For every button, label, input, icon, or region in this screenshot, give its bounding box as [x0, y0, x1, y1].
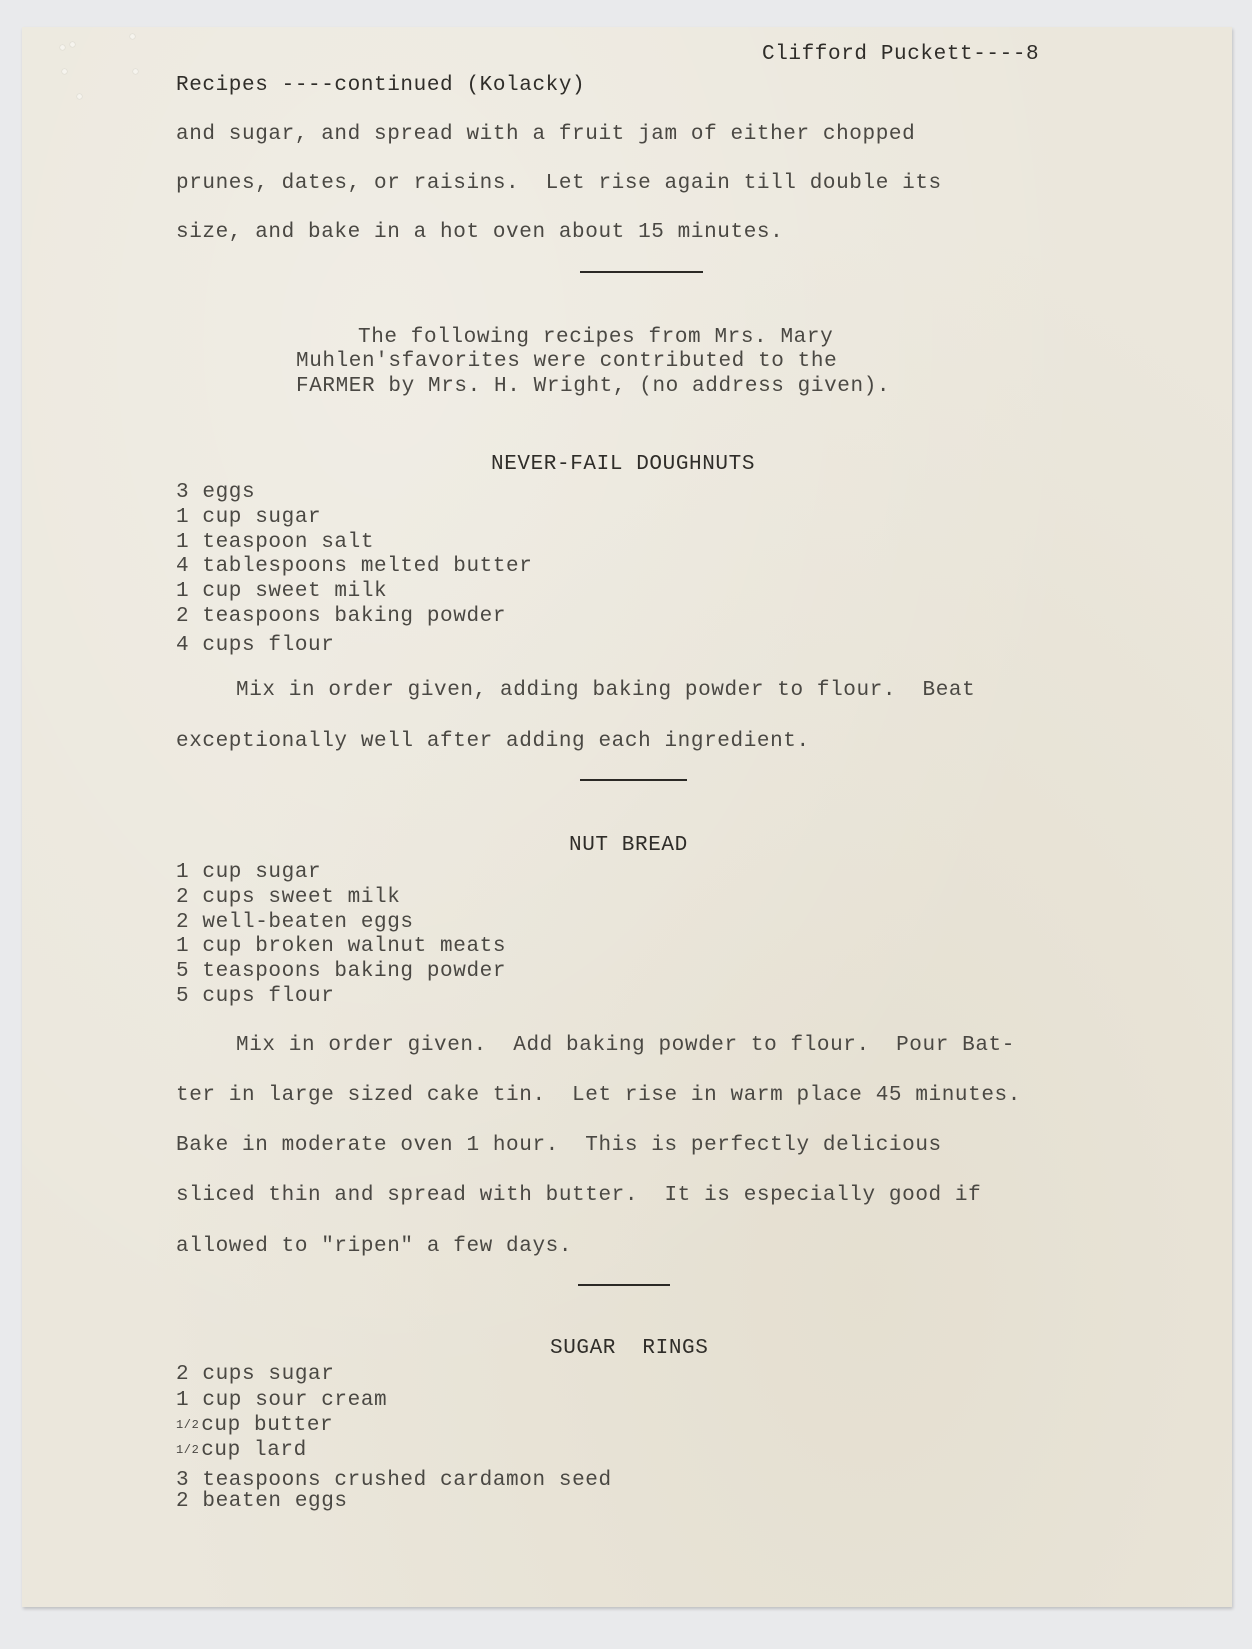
ingredient-qty: 2 [176, 1363, 189, 1386]
intro-line: The following recipes from Mrs. Mary [358, 327, 833, 348]
ingredient-line: 1/2 cup butter [176, 1415, 333, 1436]
ingredient-text: cup lard [201, 1439, 307, 1462]
section-divider [578, 1284, 670, 1286]
pinhole-mark [70, 42, 75, 47]
ingredient-qty-fraction: 1/2 [176, 1419, 188, 1431]
section-divider [580, 271, 703, 273]
ingredient-line: 1 cup sugar [176, 862, 321, 883]
ingredient-line: 1/2 cup lard [176, 1440, 307, 1461]
ingredient-text: cup butter [201, 1414, 333, 1437]
directions-line: exceptionally well after adding each ing… [176, 731, 810, 752]
directions-line: allowed to "ripen" a few days. [176, 1236, 572, 1257]
ingredient-line: 5 cups flour [176, 986, 334, 1007]
ingredient-qty: 2 [176, 1490, 189, 1513]
ingredient-qty-fraction: 1/2 [176, 1444, 188, 1456]
ingredient-line: 1 teaspoon salt [176, 532, 374, 553]
intro-line: FARMER by Mrs. H. Wright, (no address gi… [296, 376, 890, 397]
recipe-title: NEVER-FAIL DOUGHNUTS [491, 454, 755, 475]
ingredient-line: 1 cup sour cream [176, 1390, 387, 1411]
ingredient-text: cups sugar [202, 1363, 334, 1386]
paragraph-line: size, and bake in a hot oven about 15 mi… [176, 222, 783, 243]
directions-line: ter in large sized cake tin. Let rise in… [176, 1085, 1021, 1106]
directions-line: Mix in order given, adding baking powder… [236, 680, 975, 701]
ingredient-text: cup sour cream [202, 1389, 387, 1412]
ingredient-qty: 3 [176, 1469, 189, 1492]
pinhole-mark [77, 94, 82, 99]
ingredient-text: beaten eggs [202, 1490, 347, 1513]
directions-line: Bake in moderate oven 1 hour. This is pe… [176, 1135, 942, 1156]
ingredient-line: 2 cups sweet milk [176, 887, 400, 908]
ingredient-line: 4 tablespoons melted butter [176, 556, 532, 577]
ingredient-line: 1 cup sweet milk [176, 581, 387, 602]
ingredient-line: 1 cup sugar [176, 507, 321, 528]
ingredient-text: teaspoons crushed cardamon seed [202, 1469, 611, 1492]
pinhole-mark [133, 69, 138, 74]
ingredient-line: 2 beaten eggs [176, 1491, 348, 1512]
paragraph-line: and sugar, and spread with a fruit jam o… [176, 124, 915, 145]
ingredient-line: 4 cups flour [176, 635, 334, 656]
paragraph-line: prunes, dates, or raisins. Let rise agai… [176, 173, 942, 194]
section-heading: Recipes ----continued (Kolacky) [176, 75, 585, 96]
directions-line: Mix in order given. Add baking powder to… [236, 1035, 1015, 1056]
directions-line: sliced thin and spread with butter. It i… [176, 1185, 981, 1206]
recipe-title: SUGAR RINGS [550, 1338, 708, 1359]
pinhole-mark [130, 34, 135, 39]
ingredient-qty: 1 [176, 1389, 189, 1412]
ingredient-line: 2 teaspoons baking powder [176, 606, 506, 627]
section-divider [580, 779, 687, 781]
ingredient-line: 1 cup broken walnut meats [176, 936, 506, 957]
pinhole-mark [60, 45, 65, 50]
recipe-title: NUT BREAD [569, 835, 688, 856]
pinhole-mark [62, 69, 67, 74]
author-page-header: Clifford Puckett----8 [762, 44, 1039, 65]
ingredient-line: 3 teaspoons crushed cardamon seed [176, 1470, 612, 1491]
ingredient-line: 3 eggs [176, 482, 255, 503]
ingredient-line: 5 teaspoons baking powder [176, 961, 506, 982]
ingredient-line: 2 well-beaten eggs [176, 912, 414, 933]
ingredient-line: 2 cups sugar [176, 1364, 334, 1385]
intro-line: Muhlen'sfavorites were contributed to th… [296, 351, 837, 372]
